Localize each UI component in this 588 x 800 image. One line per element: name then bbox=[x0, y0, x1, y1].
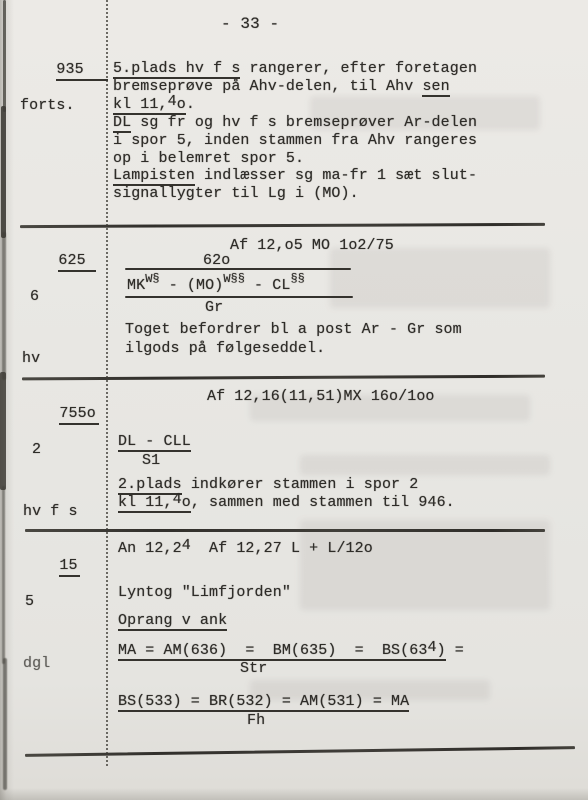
section-divider-rule bbox=[22, 375, 545, 381]
consist-formula: BS(533) = BR(532) = AM(531) = MA bbox=[118, 693, 409, 711]
scan-bottom-shadow bbox=[0, 788, 588, 800]
consist-denominator: Fh bbox=[247, 712, 265, 729]
consist-denominator: Gr bbox=[205, 299, 223, 316]
timing-header: Af 12,16(11,51)MX 16o/1oo bbox=[207, 388, 435, 405]
scan-edge-streak bbox=[2, 232, 6, 380]
scan-edge-streak bbox=[2, 486, 5, 664]
page-number: - 33 - bbox=[221, 15, 279, 33]
text-line: 2.plads indkører stammen i spor 2 bbox=[118, 476, 418, 494]
train-label-935: 935 forts. bbox=[20, 44, 108, 148]
consist-formula: DL - CLL bbox=[118, 433, 191, 451]
train-number-denominator: 6 bbox=[30, 289, 96, 305]
text-line: Lampisten indlæsser sg ma-fr 1 sæt slut- bbox=[113, 167, 477, 185]
text-line: kl 11,4o. bbox=[113, 96, 477, 114]
text-line: kl 11,4o, sammen med stammen til 946. bbox=[118, 494, 455, 512]
consist-formula: MKW§ - (MO)W§§ - CL§§ bbox=[127, 277, 305, 296]
train-number-denominator: 5 bbox=[25, 594, 80, 610]
train-label-15-5: 15 5 dgl bbox=[23, 540, 80, 706]
scan-edge-streak bbox=[3, 658, 7, 790]
service-note: hv f s bbox=[23, 504, 99, 520]
text-line: Toget befordrer bl a post Ar - Gr som bbox=[125, 321, 462, 339]
scan-edge-streak bbox=[0, 372, 6, 490]
consist-denominator: Str bbox=[240, 660, 267, 677]
timing-header: Af 12,o5 MO 1o2/75 bbox=[230, 237, 394, 254]
consist-fraction-line bbox=[125, 268, 351, 270]
train-continuation-label: forts. bbox=[20, 98, 108, 114]
consist-numerator: 62o bbox=[203, 252, 230, 269]
section-755o-body: Af 12,16(11,51)MX 16o/1oo DL - CLL S1 2.… bbox=[118, 386, 568, 521]
service-note: hv bbox=[22, 351, 96, 367]
text-line: DL sg fr og hv f s bremseprøver Ar-delen bbox=[113, 114, 477, 132]
section-935-body: 5.plads hv f s rangerer, efter foretagen… bbox=[113, 60, 477, 203]
consist-denominator: S1 bbox=[142, 452, 160, 469]
section-divider-rule bbox=[25, 529, 545, 532]
train-number: 15 bbox=[59, 558, 80, 577]
train-number-denominator: 2 bbox=[32, 442, 99, 458]
text-line: Lyntog "Limfjorden" bbox=[118, 584, 291, 602]
scan-edge-streak bbox=[3, 0, 6, 112]
scanned-document-page: - 33 - 935 forts. 5.plads hv f s rangere… bbox=[0, 0, 588, 800]
timing-header: An 12,24 Af 12,27 L + L/12o bbox=[118, 540, 373, 558]
train-number: 935 bbox=[56, 62, 108, 81]
section-15-body: An 12,24 Af 12,27 L + L/12o Lyntog "Limf… bbox=[118, 538, 578, 738]
consist-formula: MA = AM(636) = BM(635) = BS(634) = bbox=[118, 642, 464, 660]
text-line: i spor 5, inden stammen fra Ahv rangeres bbox=[113, 132, 477, 150]
train-number: 755o bbox=[59, 406, 99, 425]
section-625-body: Af 12,o5 MO 1o2/75 62o MKW§ - (MO)W§§ - … bbox=[125, 237, 565, 367]
text-line: Oprang v ank bbox=[118, 612, 227, 630]
scan-edge-streak bbox=[1, 106, 6, 238]
consist-fraction-line bbox=[125, 296, 353, 298]
text-line: ilgods på følgeseddel. bbox=[125, 340, 325, 358]
service-note: dgl bbox=[23, 656, 80, 672]
text-line: op i belemret spor 5. bbox=[113, 150, 477, 168]
train-number: 625 bbox=[58, 253, 96, 272]
section-divider-rule bbox=[20, 223, 545, 228]
text-line: signallygter til Lg i (MO). bbox=[113, 185, 477, 203]
text-line: 5.plads hv f s rangerer, efter foretagen bbox=[113, 60, 477, 78]
